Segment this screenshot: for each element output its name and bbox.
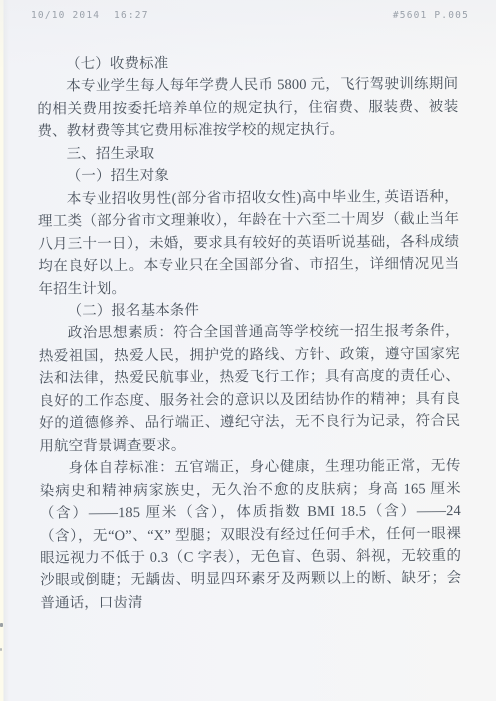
scanned-fax-page: { "fax_header": { "timestamp": "10/10 20… — [0, 0, 496, 701]
document-heading: 三、招生录取 — [38, 141, 459, 166]
scan-artifact — [0, 648, 2, 651]
document-paragraph: 政治思想素质：符合全国普通高等学校统一招生报考条件，热爱祖国，热爱人民，拥护党的… — [39, 320, 461, 457]
document-heading: （二）报名基本条件 — [39, 298, 460, 323]
document-paragraph: 本专业招收男性(部分省市招收女性)高中毕业生, 英语语种，理工类（部分省市文理兼… — [38, 186, 460, 301]
fax-header: 10/10 2014 16:27 #5601 P.005 — [31, 10, 469, 21]
fax-page-number: #5601 P.005 — [393, 10, 469, 21]
document-body: （七）收费标准本专业学生每人每年学费人民币 5800 元，飞行驾驶训练期间的相关… — [37, 51, 461, 615]
document-heading: （七）收费标准 — [37, 51, 458, 76]
fax-timestamp: 10/10 2014 16:27 — [31, 10, 149, 21]
document-heading: （一）招生对象 — [38, 163, 459, 188]
document-paragraph: 身体自荐标准：五官端正，身心健康，生理功能正常，无传染病史和精神病家族史，无久治… — [39, 455, 461, 615]
document-paragraph: 本专业学生每人每年学费人民币 5800 元，飞行驾驶训练期间的相关费用按委托培养… — [37, 73, 458, 143]
scan-artifact — [0, 623, 3, 627]
